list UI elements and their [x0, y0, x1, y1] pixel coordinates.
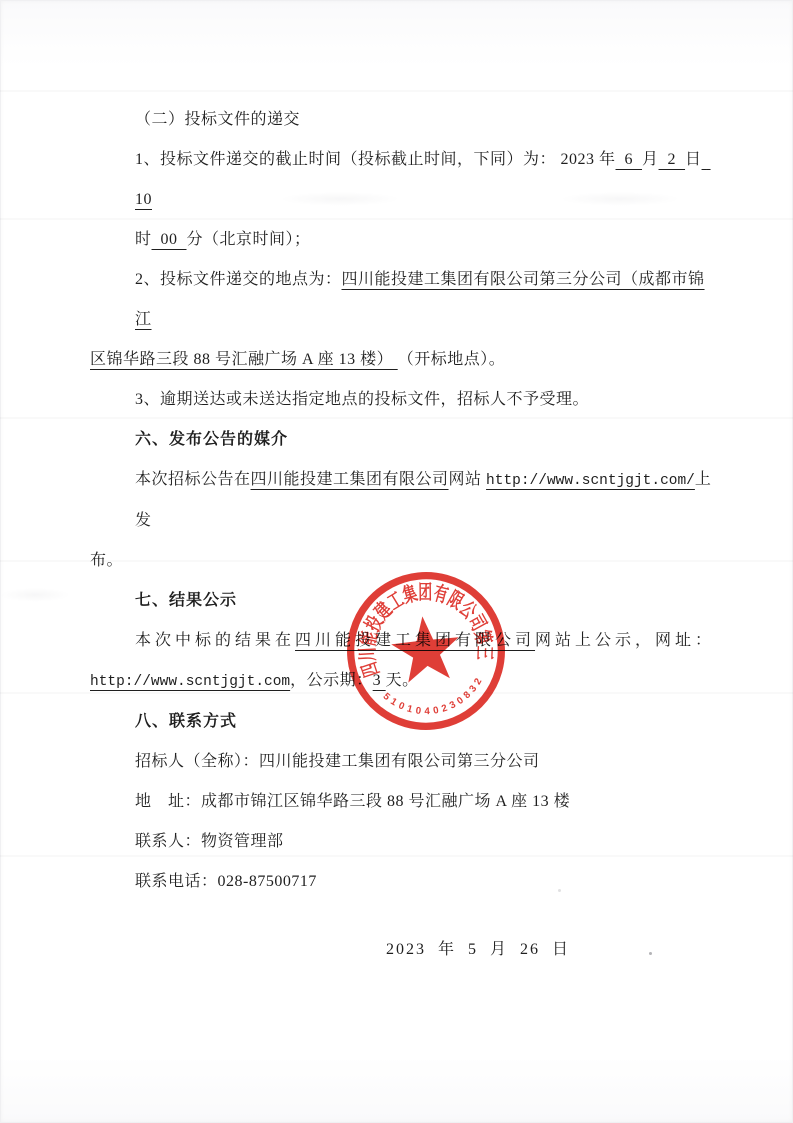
document-page: （二）投标文件的递交1、投标文件递交的截止时间（投标截止时间，下同）为： 202… [0, 0, 793, 1123]
text-line: 区锦华路三段 88 号汇融广场 A 座 13 楼） （开标地点）。 [90, 340, 720, 380]
underlined-text: 四川能投建工集团有限公司 [251, 471, 449, 488]
scan-artifact [0, 588, 70, 602]
text-line: 六、发布公告的媒介 [90, 420, 720, 460]
text-run: 本次招标公告在 [135, 471, 251, 488]
document-body: （二）投标文件的递交1、投标文件递交的截止时间（投标截止时间，下同）为： 202… [90, 100, 720, 970]
text-line: 时 00 分（北京时间）； [90, 220, 720, 260]
text-run: 布。 [90, 552, 123, 569]
underlined-text: 2 [659, 151, 686, 168]
company-seal: 四川能投建工集团有限公司第三分公司 5101040230832 [337, 562, 515, 740]
underlined-text: 00 [152, 231, 187, 248]
text-run: 七、结果公示 [135, 592, 237, 609]
url-text: http://www.scntjgjt.com [90, 674, 290, 690]
underlined-text: 区锦华路三段 88 号汇融广场 A 座 13 楼） [90, 351, 398, 368]
text-run: 联系电话：028-87500717 [135, 873, 317, 890]
text-run: 本次中标的结果在 [135, 632, 295, 649]
seal-star [389, 613, 463, 684]
text-run: （二）投标文件的递交 [135, 111, 300, 128]
text-run: 2、投标文件递交的地点为： [135, 271, 342, 288]
text-run: 联系人：物资管理部 [135, 833, 284, 850]
text-run: 分（北京时间）； [187, 231, 311, 248]
text-run: 网站上公示，网址： [535, 632, 715, 649]
text-line: 3、逾期送达或未送达指定地点的投标文件，招标人不予受理。 [90, 380, 720, 420]
text-line: 联系人：物资管理部 [90, 822, 720, 862]
text-line: 1、投标文件递交的截止时间（投标截止时间，下同）为： 2023 年 6 月 2 … [90, 140, 720, 220]
scan-artifact [0, 90, 793, 92]
text-run: 2023 年 5 月 26 日 [386, 941, 570, 958]
underlined-text: 6 [616, 151, 643, 168]
text-run: 六、发布公告的媒介 [135, 431, 288, 448]
text-run: （开标地点）。 [398, 351, 506, 368]
text-line: （二）投标文件的递交 [90, 100, 720, 140]
text-run: 1、投标文件递交的截止时间（投标截止时间，下同）为： 2023 年 [135, 151, 616, 168]
text-run: 3、逾期送达或未送达指定地点的投标文件，招标人不予受理。 [135, 391, 589, 408]
text-run: 日 [685, 151, 702, 168]
url-text: http://www.scntjgjt.com/ [486, 473, 695, 489]
text-line: 联系电话：028-87500717 [90, 862, 720, 902]
text-line: 本次招标公告在四川能投建工集团有限公司网站 http://www.scntjgj… [90, 460, 720, 541]
text-run: 时 [135, 231, 152, 248]
date-line: 2023 年 5 月 26 日 [90, 930, 720, 970]
text-run: 地 址：成都市锦江区锦华路三段 88 号汇融广场 A 座 13 楼 [135, 793, 570, 810]
text-line: 地 址：成都市锦江区锦华路三段 88 号汇融广场 A 座 13 楼 [90, 782, 720, 822]
text-run: 网站 [449, 471, 487, 488]
text-run: 招标人（全称）：四川能投建工集团有限公司第三分公司 [135, 753, 540, 770]
text-line: 招标人（全称）：四川能投建工集团有限公司第三分公司 [90, 742, 720, 782]
text-run: 八、联系方式 [135, 713, 237, 730]
text-run: 月 [642, 151, 659, 168]
text-line: 2、投标文件递交的地点为：四川能投建工集团有限公司第三分公司（成都市锦江 [90, 260, 720, 340]
